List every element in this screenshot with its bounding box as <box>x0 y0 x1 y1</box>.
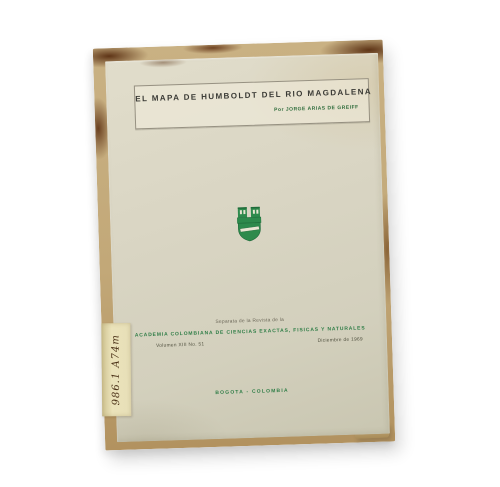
city-line: BOGOTA - COLOMBIA <box>116 385 389 400</box>
booklet-cover: EL MAPA DE HUMBOLDT DEL RIO MAGDALENA Po… <box>105 53 390 442</box>
issue-date: Diciembre de 1969 <box>318 337 364 343</box>
call-number: 986.1 A74m <box>110 334 122 405</box>
title-box: EL MAPA DE HUMBOLDT DEL RIO MAGDALENA Po… <box>134 78 370 129</box>
author-byline: Por JORGE ARIAS DE GREIFF <box>274 104 359 113</box>
page-title: EL MAPA DE HUMBOLDT DEL RIO MAGDALENA <box>135 87 368 103</box>
academy-crest-icon <box>237 207 262 243</box>
library-label: 986.1 A74m <box>101 323 131 416</box>
volume-row: Volumen XIII No. 51 Diciembre de 1969 <box>114 337 387 351</box>
photo-background: EL MAPA DE HUMBOLDT DEL RIO MAGDALENA Po… <box>0 0 500 487</box>
volume-number: Volumen XIII No. 51 <box>156 342 205 349</box>
